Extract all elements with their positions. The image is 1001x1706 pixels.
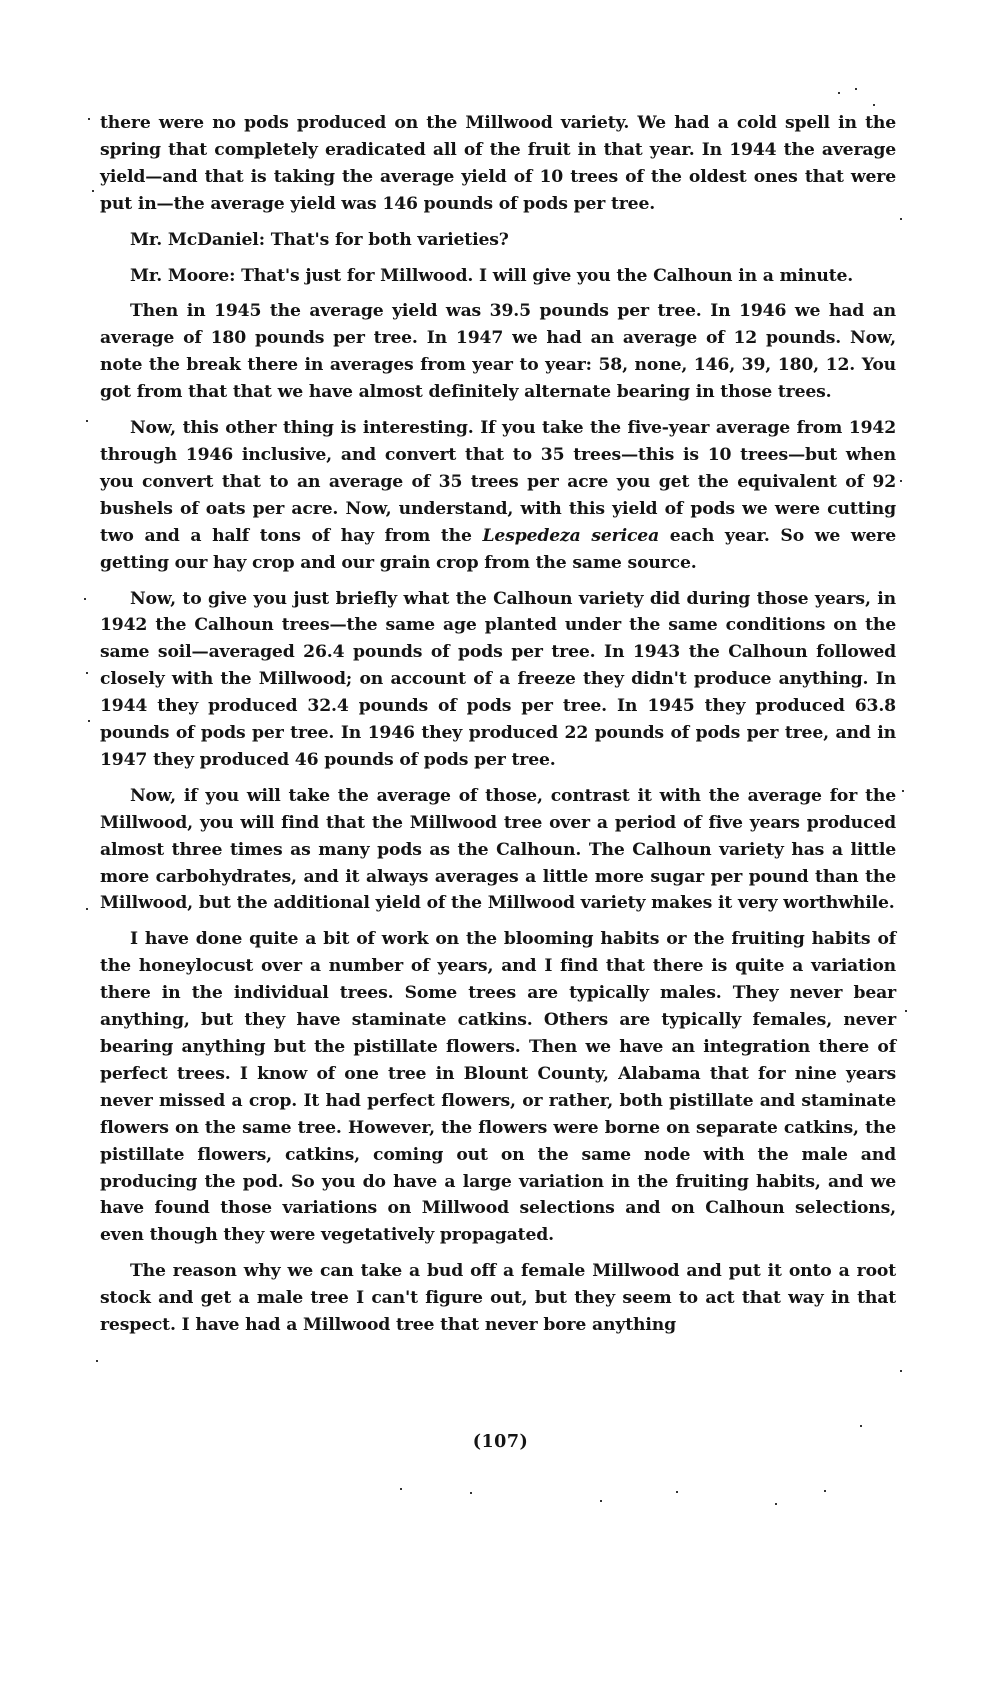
paragraph-comparison: Now, if you will take the average of tho… bbox=[100, 783, 896, 918]
paragraph-blooming-habits: I have done quite a bit of work on the b… bbox=[100, 926, 896, 1249]
species-name-italic: Lespedeza sericea bbox=[483, 526, 660, 546]
scan-speck bbox=[400, 1488, 402, 1490]
paragraph-mcdaniel-question: Mr. McDaniel: That's for both varieties? bbox=[100, 227, 896, 254]
scan-speck bbox=[905, 1010, 907, 1012]
scan-speck bbox=[902, 790, 904, 792]
scan-speck bbox=[470, 1492, 472, 1494]
scan-speck bbox=[873, 104, 875, 106]
scan-speck bbox=[600, 1500, 602, 1502]
scan-speck bbox=[900, 1370, 902, 1372]
paragraph-moore-answer: Mr. Moore: That's just for Millwood. I w… bbox=[100, 263, 896, 290]
scan-speck bbox=[86, 908, 88, 910]
paragraph-five-year-average: Now, this other thing is interesting. If… bbox=[100, 415, 896, 576]
paragraph-bud-propagation: The reason why we can take a bud off a f… bbox=[100, 1258, 896, 1339]
scan-speck bbox=[96, 1360, 98, 1362]
scan-speck bbox=[900, 480, 902, 482]
document-body: there were no pods produced on the Millw… bbox=[100, 110, 896, 1348]
scan-speck bbox=[860, 1425, 862, 1427]
scan-speck bbox=[824, 1490, 826, 1492]
paragraph-1: there were no pods produced on the Millw… bbox=[100, 110, 896, 218]
scan-speck bbox=[84, 598, 86, 600]
scan-speck bbox=[676, 1491, 678, 1493]
scan-speck bbox=[775, 1503, 777, 1505]
scan-speck bbox=[86, 420, 88, 422]
scan-speck bbox=[838, 92, 840, 94]
scan-speck bbox=[92, 190, 94, 192]
paragraph-yield-1945-1947: Then in 1945 the average yield was 39.5 … bbox=[100, 298, 896, 406]
scan-speck bbox=[86, 672, 88, 674]
scan-speck bbox=[88, 720, 90, 722]
scan-speck bbox=[900, 218, 902, 220]
scan-speck bbox=[855, 88, 857, 90]
paragraph-calhoun-yields: Now, to give you just briefly what the C… bbox=[100, 586, 896, 774]
scan-speck bbox=[88, 118, 90, 120]
page-number: (107) bbox=[0, 1432, 1001, 1452]
